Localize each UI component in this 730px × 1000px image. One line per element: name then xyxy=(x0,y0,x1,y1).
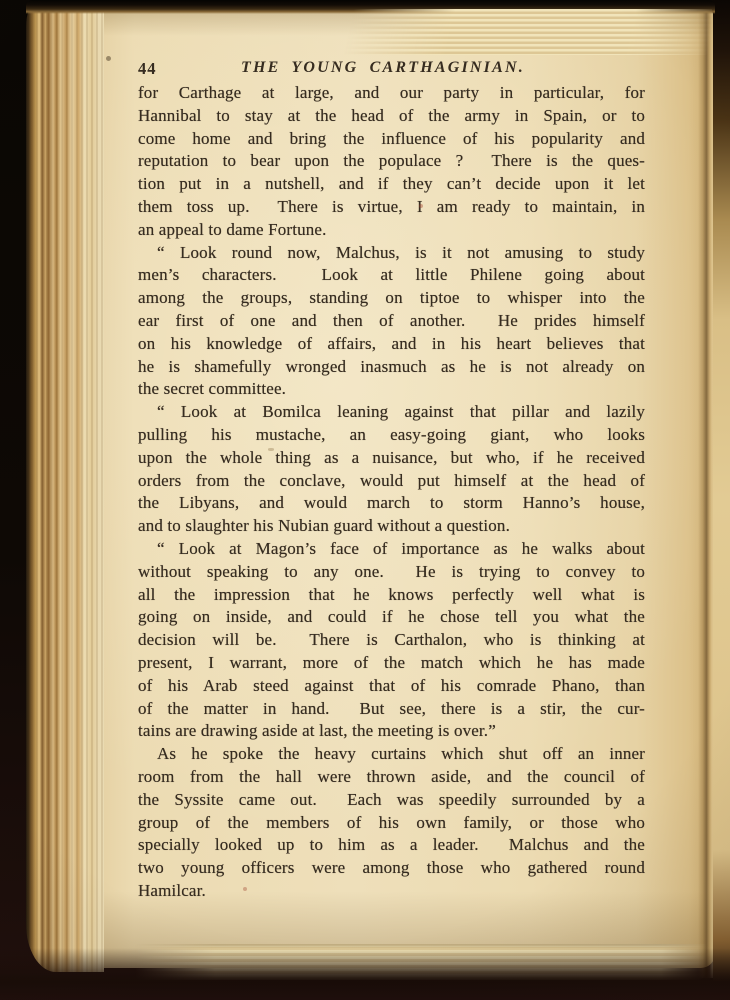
text-line: the Libyans, and would march to storm Ha… xyxy=(138,492,645,515)
adjacent-page-edge xyxy=(713,0,730,1000)
text-line: “ Look at Bomilca leaning against that p… xyxy=(138,401,645,424)
text-line: upon the whole thing as a nuisance, but … xyxy=(138,447,645,470)
text-line: orders from the conclave, would put hims… xyxy=(138,470,645,493)
text-line: the secret committee. xyxy=(138,378,645,401)
text-line: reputation to bear upon the populace ? T… xyxy=(138,150,645,173)
text-line: room from the hall were thrown aside, an… xyxy=(138,766,645,789)
running-header: THE YOUNG CARTHAGINIAN. xyxy=(241,59,525,77)
text-line: specially looked up to him as a leader. … xyxy=(138,834,645,857)
text-line: present, I warrant, more of the match wh… xyxy=(138,652,645,675)
text-line: an appeal to dame Fortune. xyxy=(138,219,645,242)
page-header: 44 THE YOUNG CARTHAGINIAN. xyxy=(138,56,645,84)
paragraph: “ Look at Bomilca leaning against that p… xyxy=(138,401,645,538)
foxing-spot xyxy=(419,204,423,208)
text-line: two young officers were among those who … xyxy=(138,857,645,880)
table-shadow xyxy=(0,948,730,1000)
text-line: going on inside, and could if he chose t… xyxy=(138,606,645,629)
text-line: and to slaughter his Nubian guard withou… xyxy=(138,515,645,538)
foxing-spot xyxy=(106,56,111,61)
text-line: “ Look at Magon’s face of importance as … xyxy=(138,538,645,561)
text-line: As he spoke the heavy curtains which shu… xyxy=(138,743,645,766)
text-line: Hamilcar. xyxy=(138,880,645,903)
scanned-book-photo: 44 THE YOUNG CARTHAGINIAN. for Carthage … xyxy=(0,0,730,1000)
paragraph: “ Look at Magon’s face of importance as … xyxy=(138,538,645,743)
text-line: among the groups, standing on tiptoe to … xyxy=(138,287,645,310)
text-line: he is shamefully wronged inasmuch as he … xyxy=(138,356,645,379)
left-page-edges xyxy=(26,4,104,972)
paragraph: for Carthage at large, and our party in … xyxy=(138,82,645,242)
foxing-spot xyxy=(243,887,247,891)
text-line: without speaking to any one. He is tryin… xyxy=(138,561,645,584)
text-line: come home and bring the influence of his… xyxy=(138,128,645,151)
text-line: of his Arab steed against that of his co… xyxy=(138,675,645,698)
top-page-edges xyxy=(330,9,712,55)
text-line: group of the members of his own family, … xyxy=(138,812,645,835)
paragraph: As he spoke the heavy curtains which shu… xyxy=(138,743,645,903)
text-line: “ Look round now, Malchus, is it not amu… xyxy=(138,242,645,265)
text-line: on his knowledge of affairs, and in his … xyxy=(138,333,645,356)
paragraph: “ Look round now, Malchus, is it not amu… xyxy=(138,242,645,402)
text-line: pulling his mustache, an easy-going gian… xyxy=(138,424,645,447)
foxing-spot xyxy=(268,448,274,451)
text-line: all the impression that he knows perfect… xyxy=(138,584,645,607)
text-line: tains are drawing aside at last, the mee… xyxy=(138,720,645,743)
text-line: tion put in a nutshell, and if they can’… xyxy=(138,173,645,196)
text-line: decision will be. There is Carthalon, wh… xyxy=(138,629,645,652)
text-block: for Carthage at large, and our party in … xyxy=(138,82,645,903)
text-line: ear first of one and then of another. He… xyxy=(138,310,645,333)
text-line: men’s characters. Look at little Philene… xyxy=(138,264,645,287)
text-line: Hannibal to stay at the head of the army… xyxy=(138,105,645,128)
text-line: for Carthage at large, and our party in … xyxy=(138,82,645,105)
text-line: of the matter in hand. But see, there is… xyxy=(138,698,645,721)
text-line: them toss up. There is virtue, I am read… xyxy=(138,196,645,219)
page-number: 44 xyxy=(138,59,157,79)
text-line: the Syssite came out. Each was speedily … xyxy=(138,789,645,812)
